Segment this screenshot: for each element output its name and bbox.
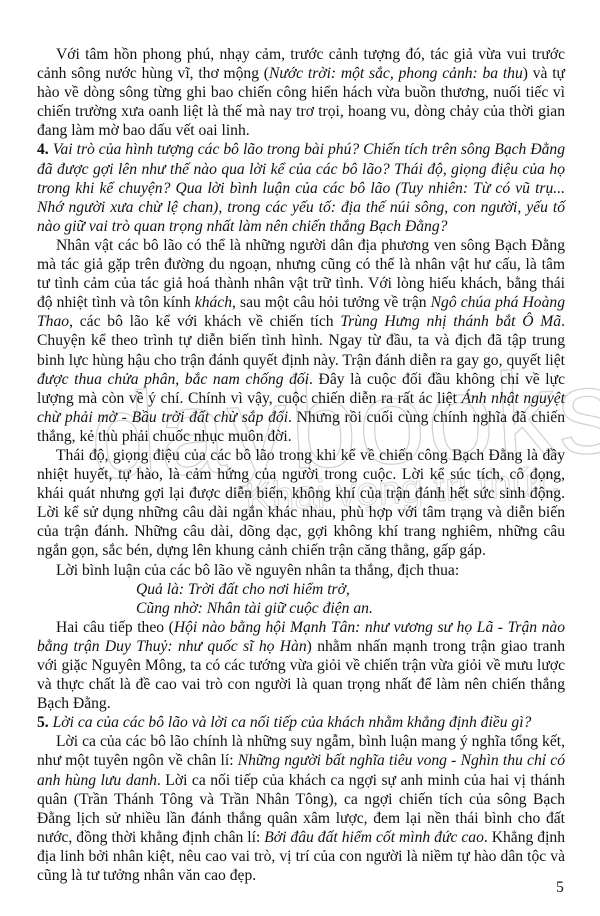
quote: Bởi đâu đất hiểm cốt mình đức cao <box>264 829 484 846</box>
question-5: 5. Lời ca của các bô lão và lời ca nối t… <box>37 713 565 732</box>
paragraph-5: Hai câu tiếp theo (Hội nào bằng hội Mạnh… <box>37 618 565 713</box>
text: Hai câu tiếp theo ( <box>56 619 174 636</box>
paragraph-3: Thái độ, giọng điệu của các bô lão trong… <box>37 446 565 561</box>
paragraph-1: Với tâm hồn phong phú, nhạy cảm, trước c… <box>37 45 565 140</box>
question-number: 5. <box>37 714 49 731</box>
paragraph-6: Lời ca của các bô lão chính là những suy… <box>37 732 565 885</box>
question-number: 4. <box>37 141 49 158</box>
page-number: 5 <box>556 879 564 897</box>
question-4: 4. Vai trò của hình tượng các bô lão tro… <box>37 140 565 235</box>
question-text: Lời ca của các bô lão và lời ca nối tiếp… <box>53 714 532 731</box>
quote: Trùng Hưng nhị thánh bắt Ô Mã <box>340 313 561 330</box>
verse-line-1: Quả là: Trời đất cho nơi hiểm trở, <box>37 580 565 599</box>
quote: khách <box>195 294 232 311</box>
verse-line-2: Cũng nhờ: Nhân tài giữ cuộc điện an. <box>37 599 565 618</box>
paragraph-2: Nhân vật các bô lão có thể là những ngườ… <box>37 236 565 446</box>
question-text: Vai trò của hình tượng các bô lão trong … <box>37 141 565 234</box>
quote: được thua chửa phân, bắc nam chống đối <box>37 371 309 388</box>
text: , các bô lão kể với khách về chiến tích <box>69 313 340 330</box>
page-body: Với tâm hồn phong phú, nhạy cảm, trước c… <box>37 45 565 885</box>
quote: Nước trời: một sắc, phong cảnh: ba thu <box>269 65 523 82</box>
paragraph-4: Lời bình luận của các bô lão về nguyên n… <box>37 561 565 580</box>
text: , sau một câu hỏi tưởng về trận <box>232 294 431 311</box>
